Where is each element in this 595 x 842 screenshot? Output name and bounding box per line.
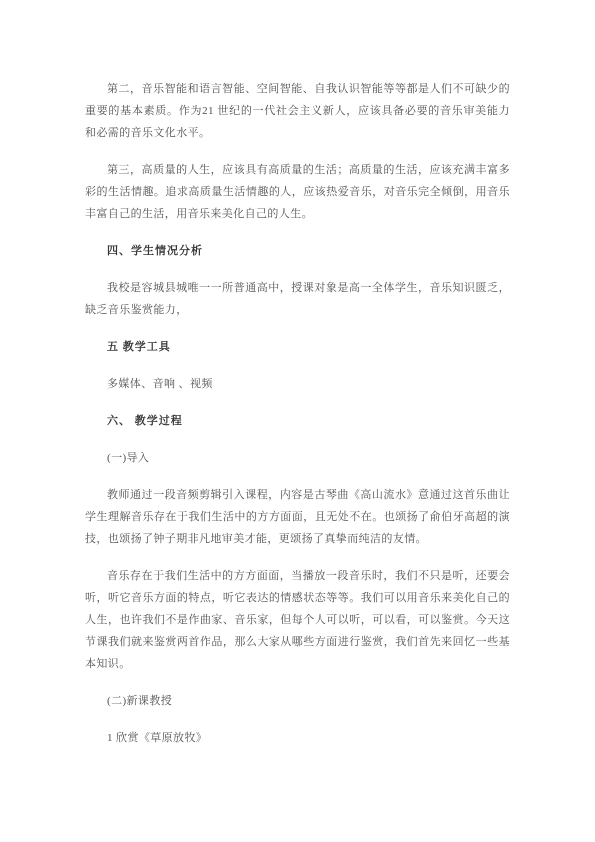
paragraph-point-three: 第三，高质量的人生，应该具有高质量的生活；高质量的生活，应该充满丰富多彩的生活情… <box>85 159 510 225</box>
subheading-part-1-intro: (一)导入 <box>85 447 510 469</box>
heading-section-6-teaching-process: 六、 教学过程 <box>85 410 510 432</box>
paragraph-intro-audio-clip: 教师通过一段音频剪辑引入课程，内容是古琴曲《高山流水》意通过这首乐曲让学生理解音… <box>85 484 510 550</box>
paragraph-point-two: 第二，音乐智能和语言智能、空间智能、自我认识智能等等都是人们不可缺少的重要的基本… <box>85 78 510 144</box>
subheading-part-2-new-lesson: (二)新课教授 <box>85 690 510 712</box>
paragraph-music-in-life: 音乐存在于我们生活中的方方面面，当播放一段音乐时，我们不只是听，还要会听，听它音… <box>85 565 510 675</box>
heading-section-5-teaching-tools: 五 教学工具 <box>85 336 510 358</box>
heading-section-4-student-analysis: 四、学生情况分析 <box>85 240 510 262</box>
document-page: 第二，音乐智能和语言智能、空间智能、自我认识智能等等都是人们不可缺少的重要的基本… <box>0 0 595 842</box>
paragraph-teaching-tools: 多媒体、音响 、视频 <box>85 373 510 395</box>
paragraph-student-analysis: 我校是容城县城唯一一所普通高中，授课对象是高一全体学生，音乐知识匮乏，缺乏音乐鉴… <box>85 277 510 321</box>
list-item-1-appreciate-grassland-herding: 1 欣赏《草原放牧》 <box>85 727 510 749</box>
